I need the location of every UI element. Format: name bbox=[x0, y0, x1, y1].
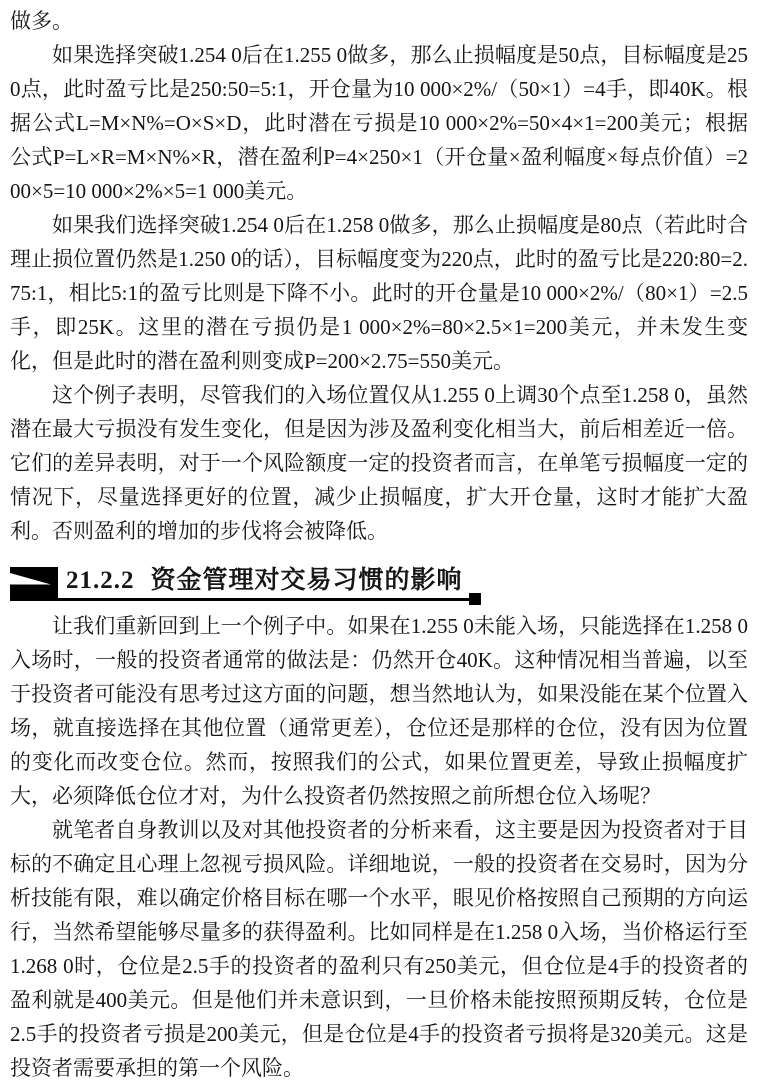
section-heading: 21.2.2 资金管理对交易习惯的影响 bbox=[10, 564, 481, 601]
section-title: 资金管理对交易习惯的影响 bbox=[151, 564, 463, 598]
body-paragraph: 做多。 bbox=[10, 4, 748, 38]
body-paragraph: 就笔者自身教训以及对其他投资者的分析来看，这主要是因为投资者对于目标的不确定且心… bbox=[10, 813, 748, 1085]
body-paragraph: 让我们重新回到上一个例子中。如果在1.255 0未能入场，只能选择在1.258 … bbox=[10, 609, 748, 813]
section-number: 21.2.2 bbox=[66, 564, 135, 598]
body-paragraph: 如果我们选择突破1.254 0后在1.258 0做多，那么止损幅度是80点（若此… bbox=[10, 208, 748, 378]
section-arrow-icon bbox=[10, 567, 58, 598]
book-page: 做多。 如果选择突破1.254 0后在1.255 0做多，那么止损幅度是50点，… bbox=[10, 4, 748, 1085]
body-paragraph: 这个例子表明，尽管我们的入场位置仅从1.255 0上调30个点至1.258 0，… bbox=[10, 378, 748, 548]
section-end-square-icon bbox=[469, 593, 481, 605]
body-paragraph: 如果选择突破1.254 0后在1.255 0做多，那么止损幅度是50点，目标幅度… bbox=[10, 38, 748, 208]
